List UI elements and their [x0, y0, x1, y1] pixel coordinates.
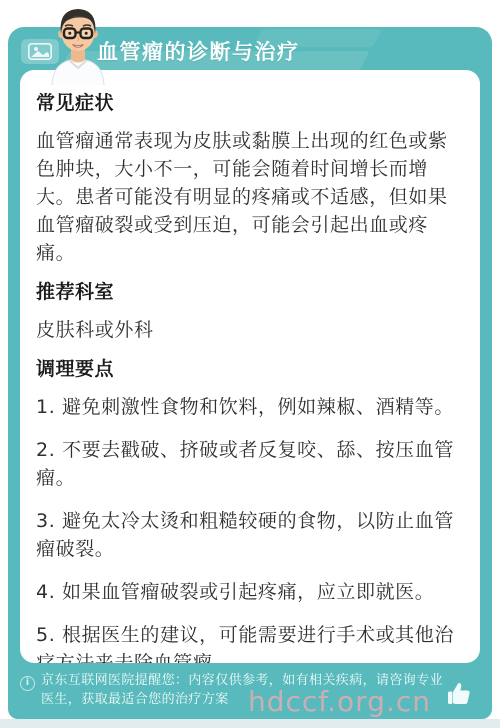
section-heading-department: 推荐科室	[36, 279, 464, 305]
section-heading-symptoms: 常见症状	[36, 90, 464, 116]
bottom-strip	[0, 719, 500, 728]
section-heading-care: 调理要点	[36, 356, 464, 382]
care-list-item: 1. 避免刺激性食物和饮料，例如辣椒、酒精等。	[36, 393, 464, 421]
card-header: 血管瘤的诊断与治疗	[8, 27, 492, 70]
care-list-item: 4. 如果血管瘤破裂或引起疼痛，应立即就医。	[36, 578, 464, 606]
care-list-item: 2. 不要去戳破、挤破或者反复咬、舔、按压血管瘤。	[36, 436, 464, 492]
care-list-item: 3. 避免太冷太烫和粗糙较硬的食物，以防止血管瘤破裂。	[36, 507, 464, 563]
care-list-item: 5. 根据医生的建议，可能需要进行手术或其他治疗方法来去除血管瘤。	[36, 621, 464, 663]
page-title: 血管瘤的诊断与治疗	[97, 36, 300, 66]
disclaimer-footer: i 京东互联网医院提醒您：内容仅供参考，如有相关疾病，请咨询专业医生，获取最适合…	[20, 671, 480, 719]
thumbs-up-icon[interactable]	[444, 681, 474, 709]
medical-info-card-page: 血管瘤的诊断与治疗 常见症状 血管瘤通常表现为皮肤或黏膜上出现的红色或紫色肿块，…	[0, 0, 500, 728]
teal-card: 血管瘤的诊断与治疗 常见症状 血管瘤通常表现为皮肤或黏膜上出现的红色或紫色肿块，…	[8, 27, 492, 719]
info-icon: i	[20, 676, 35, 691]
doctor-avatar	[38, 4, 118, 85]
content-card: 常见症状 血管瘤通常表现为皮肤或黏膜上出现的红色或紫色肿块，大小不一，可能会随着…	[20, 70, 480, 663]
section-body-symptoms: 血管瘤通常表现为皮肤或黏膜上出现的红色或紫色肿块，大小不一，可能会随着时间增长而…	[36, 127, 464, 267]
section-body-department: 皮肤科或外科	[36, 316, 464, 344]
disclaimer-text: 京东互联网医院提醒您：内容仅供参考，如有相关疾病，请咨询专业医生，获取最适合您的…	[41, 671, 446, 709]
